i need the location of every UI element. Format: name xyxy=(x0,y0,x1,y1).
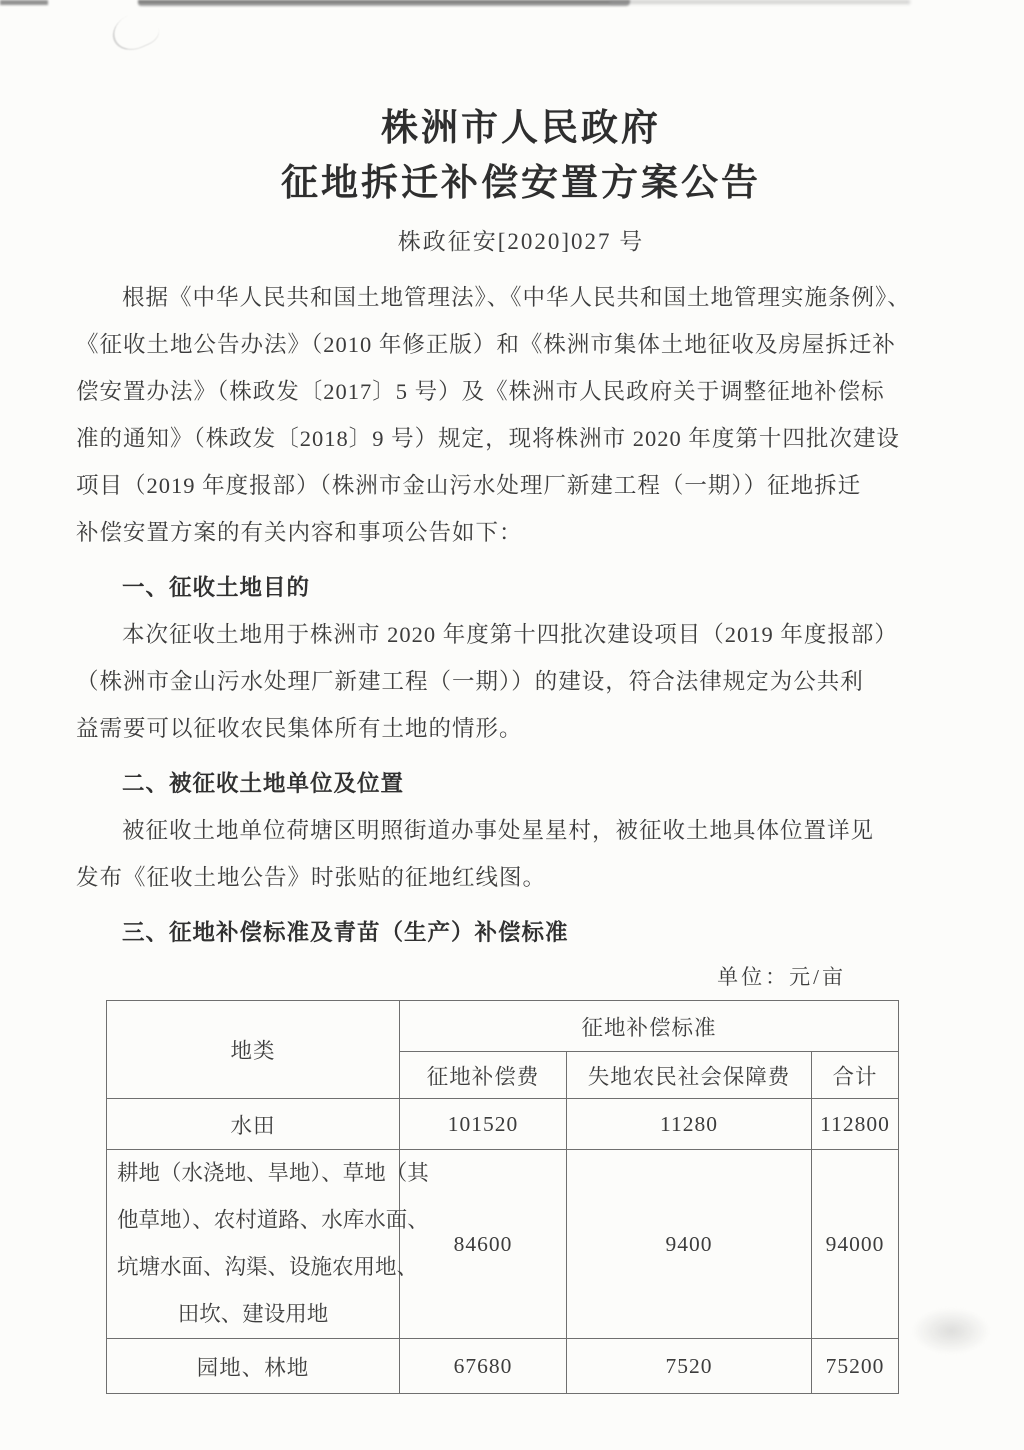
cell-total: 75200 xyxy=(812,1339,899,1394)
intro-paragraph: 根据《中华人民共和国土地管理法》、《中华人民共和国土地管理实施条例》、 《征收土… xyxy=(76,274,966,556)
paragraph-line: （株洲市金山污水处理厂新建工程（一期））的建设，符合法律规定为公共利 xyxy=(76,658,966,705)
cell-social-security: 9400 xyxy=(567,1150,812,1339)
cell-social-security: 7520 xyxy=(567,1339,812,1394)
header-cell-land-type: 地类 xyxy=(107,1001,400,1099)
cell-total: 94000 xyxy=(812,1150,899,1339)
cell-total: 112800 xyxy=(812,1099,899,1150)
section-1-paragraph: 本次征收土地用于株洲市 2020 年度第十四批次建设项目（2019 年度报部） … xyxy=(76,611,966,752)
paragraph-line: 项目（2019 年度报部）（株洲市金山污水处理厂新建工程（一期））征地拆迁 xyxy=(76,462,966,509)
table-row: 园地、林地 67680 7520 75200 xyxy=(107,1339,899,1394)
header-cell-group: 征地补偿标准 xyxy=(400,1001,899,1052)
document-title-line2: 征地拆迁补偿安置方案公告 xyxy=(76,156,966,212)
cell-land-type: 水田 xyxy=(107,1099,400,1150)
cell-land-type: 耕地（水浇地、旱地）、草地（其 他草地）、农村道路、水库水面、 坑塘水面、沟渠、… xyxy=(107,1150,400,1339)
cell-text-line: 坑塘水面、沟渠、设施农用地、 xyxy=(107,1244,399,1291)
cell-social-security: 11280 xyxy=(567,1099,812,1150)
compensation-standards-table: 地类 征地补偿标准 征地补偿费 失地农民社会保障费 合计 水田 101520 1… xyxy=(106,1000,899,1394)
paragraph-line: 补偿安置方案的有关内容和事项公告如下： xyxy=(76,509,966,556)
paragraph-line: 根据《中华人民共和国土地管理法》、《中华人民共和国土地管理实施条例》、 xyxy=(76,274,966,321)
cell-compensation: 67680 xyxy=(400,1339,567,1394)
paragraph-line: 发布《征收土地公告》时张贴的征地红线图。 xyxy=(76,854,966,901)
document-number: 株政征安[2020]027 号 xyxy=(76,224,966,260)
scan-artifact xyxy=(0,0,48,5)
section-2-heading: 二、被征收土地单位及位置 xyxy=(76,760,966,807)
document-title-line1: 株洲市人民政府 xyxy=(76,102,966,156)
paragraph-line: 被征收土地单位荷塘区明照街道办事处星星村，被征收土地具体位置详见 xyxy=(76,807,966,854)
cell-land-type: 园地、林地 xyxy=(107,1339,400,1394)
paragraph-line: 本次征收土地用于株洲市 2020 年度第十四批次建设项目（2019 年度报部） xyxy=(76,611,966,658)
section-2-paragraph: 被征收土地单位荷塘区明照街道办事处星星村，被征收土地具体位置详见 发布《征收土地… xyxy=(76,807,966,901)
cell-text-line: 他草地）、农村道路、水库水面、 xyxy=(107,1197,399,1244)
table-row: 耕地（水浇地、旱地）、草地（其 他草地）、农村道路、水库水面、 坑塘水面、沟渠、… xyxy=(107,1150,899,1339)
paragraph-line: 偿安置办法》（株政发〔2017〕5 号）及《株洲市人民政府关于调整征地补偿标 xyxy=(76,368,966,415)
cell-text-line: 耕地（水浇地、旱地）、草地（其 xyxy=(107,1150,399,1197)
cell-text-line: 田坎、建设用地 xyxy=(107,1291,399,1338)
header-cell-compensation: 征地补偿费 xyxy=(400,1052,567,1099)
section-3-heading: 三、征地补偿标准及青苗（生产）补偿标准 xyxy=(76,909,966,956)
header-cell-total: 合计 xyxy=(812,1052,899,1099)
paragraph-line: 准的通知》（株政发〔2018〕9 号）规定，现将株洲市 2020 年度第十四批次… xyxy=(76,415,966,462)
table-row: 水田 101520 11280 112800 xyxy=(107,1099,899,1150)
table-header-row: 地类 征地补偿标准 xyxy=(107,1001,899,1052)
section-1-heading: 一、征收土地目的 xyxy=(76,564,966,611)
cell-compensation: 101520 xyxy=(400,1099,567,1150)
header-cell-social-security: 失地农民社会保障费 xyxy=(567,1052,812,1099)
table-unit-label: 单位：元/亩 xyxy=(76,958,966,996)
scanned-document-page: 株洲市人民政府 征地拆迁补偿安置方案公告 株政征安[2020]027 号 根据《… xyxy=(0,0,1024,1450)
paragraph-line: 益需要可以征收农民集体所有土地的情形。 xyxy=(76,705,966,752)
document-content: 株洲市人民政府 征地拆迁补偿安置方案公告 株政征安[2020]027 号 根据《… xyxy=(76,0,966,1394)
paragraph-line: 《征收土地公告办法》（2010 年修正版）和《株洲市集体土地征收及房屋拆迁补 xyxy=(76,321,966,368)
